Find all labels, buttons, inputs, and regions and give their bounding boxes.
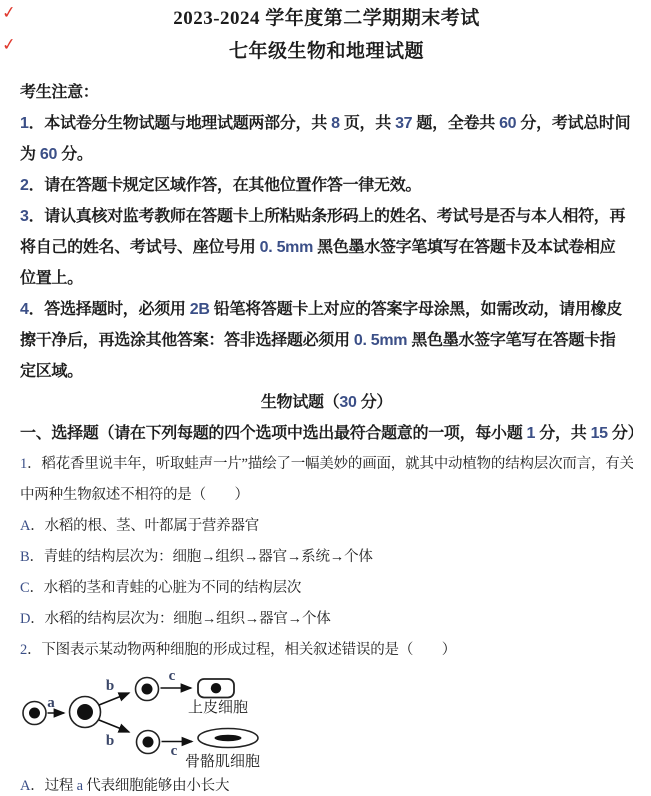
division-arrow-b-top (99, 693, 129, 705)
question-2-option-a: A．过程 a 代表细胞能够由小长大 (20, 771, 633, 796)
process-c-top-label: c (169, 668, 176, 684)
notice-line-3c: 位置上。 (20, 263, 633, 294)
question-1-line-1: 1．稻花香里说丰年，听取蛙声一片”描绘了一幅美妙的画面，就其中动植物的结构层次而… (20, 449, 633, 480)
skeletal-muscle-cell-label: 骨骼肌细胞 (185, 753, 260, 770)
choice-section-instruction: 一、选择题（请在下列每题的四个选项中选出最符合题意的一项，每小题 1 分，共 1… (20, 418, 633, 449)
epithelial-cell-label: 上皮细胞 (188, 699, 248, 716)
notice-line-4c: 定区域。 (20, 356, 633, 387)
bottom-daughter-cell (137, 731, 160, 754)
question-1-option-d: D．水稻的结构层次为：细胞→组织→器官→个体 (20, 604, 633, 635)
process-a-label: a (47, 695, 55, 711)
question-1-option-a: A．水稻的根、茎、叶都属于营养器官 (20, 511, 633, 542)
red-check-mark-2: ✓ (1, 34, 17, 55)
exam-page: ✓ ✓ 2023-2024 学年度第二学期期末考试 七年级生物和地理试题 考生注… (0, 0, 651, 796)
notice-line-2: 2．请在答题卡规定区域作答，在其他位置作答一律无效。 (20, 170, 633, 201)
process-c-bottom-label: c (171, 743, 178, 759)
large-cell (70, 697, 101, 728)
top-daughter-cell (136, 678, 159, 701)
red-check-mark-1: ✓ (1, 2, 17, 23)
notice-line-3a: 3．请认真核对监考教师在答题卡上所粘贴条形码上的姓名、考试号是否与本人相符，再 (20, 201, 633, 232)
notice-block: 考生注意： 1．本试卷分生物试题与地理试题两部分，共 8 页，共 37 题，全卷… (20, 77, 633, 387)
notice-line-4b: 擦干净后，再选涂其他答案：答非选择题必须用 0. 5mm 黑色墨水签字笔写在答题… (20, 325, 633, 356)
question-1-option-c: C．水稻的茎和青蛙的心脏为不同的结构层次 (20, 573, 633, 604)
notice-line-1a: 1．本试卷分生物试题与地理试题两部分，共 8 页，共 37 题，全卷共 60 分… (20, 108, 633, 139)
process-b-top-label: b (106, 678, 114, 694)
question-1-option-b: B．青蛙的结构层次为：细胞→组织→器官→系统→个体 (20, 542, 633, 573)
small-cell (23, 702, 46, 725)
epithelial-cell-shape (198, 679, 234, 698)
biology-section-title: 生物试题（30 分） (20, 387, 633, 418)
notice-line-4a: 4．答选择题时，必须用 2B 铅笔将答题卡上对应的答案字母涂黑，如需改动，请用橡… (20, 294, 633, 325)
question-2-stem: 2．下图表示某动物两种细胞的形成过程，相关叙述错误的是（ ） (20, 635, 633, 666)
exam-title-line1: 2023-2024 学年度第二学期期末考试 (20, 6, 633, 32)
question-1-line-2: 中两种生物叙述不相符的是（ ） (20, 480, 633, 511)
notice-heading: 考生注意： (20, 77, 633, 108)
process-b-bottom-label: b (106, 733, 114, 749)
notice-line-1b: 为 60 分。 (20, 139, 633, 170)
notice-line-3b: 将自己的姓名、考试号、座位号用 0. 5mm 黑色墨水签字笔填写在答题卡及本试卷… (20, 232, 633, 263)
skeletal-muscle-cell-shape (198, 729, 258, 748)
division-arrow-b-bottom (99, 720, 129, 732)
cell-differentiation-diagram: a b c 上皮细胞 b c (22, 667, 367, 771)
exam-title-line2: 七年级生物和地理试题 (20, 39, 633, 65)
